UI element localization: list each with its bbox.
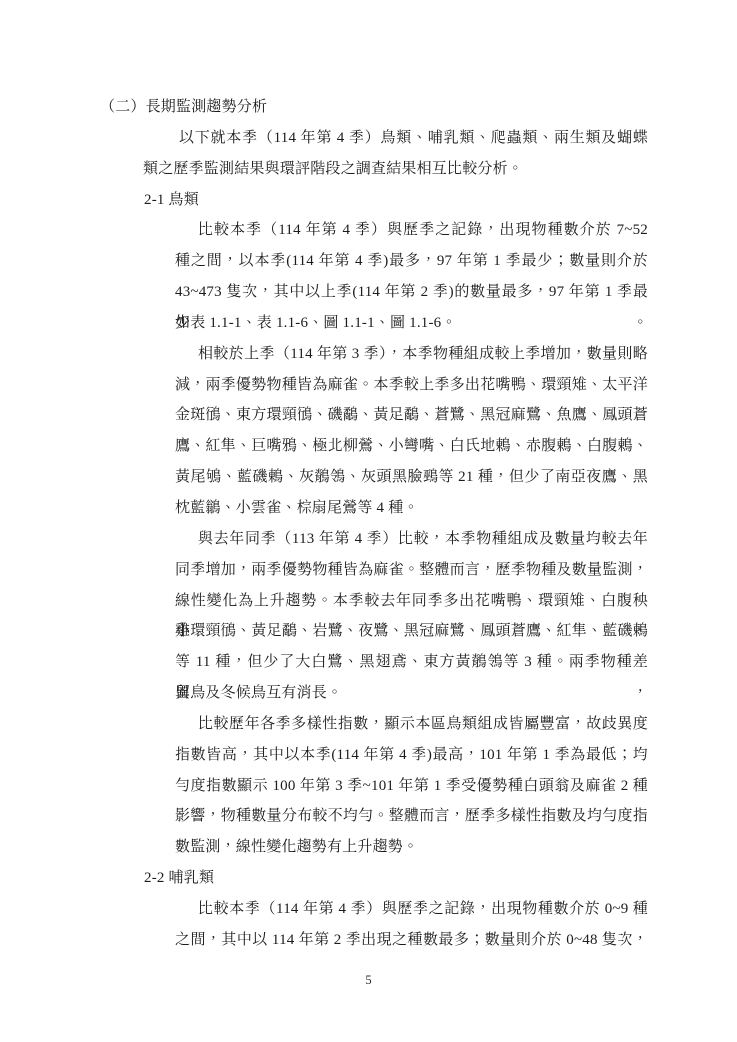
paragraph-line: 指數皆高，其中以本季(114 年第 4 季)最高，101 年第 1 季為最低；均 — [175, 740, 648, 771]
paragraph-line: 線性變化為上升趨勢。本季較去年同季多出花嘴鴨、環頸雉、白腹秧雞、 — [175, 586, 648, 617]
document-body: （二）長期監測趨勢分析 以下就本季（114 年第 4 季）鳥類、哺乳類、爬蟲類、… — [0, 92, 737, 956]
paragraph-line: 43~473 隻次，其中以上季(114 年第 2 季)的數量最多，97 年第 1… — [175, 277, 648, 308]
subsection-title-2-1: 2-1 鳥類 — [144, 185, 737, 216]
paragraph-line: 勻度指數顯示 100 年第 3 季~101 年第 1 季受優勢種白頭翁及麻雀 2… — [175, 771, 648, 802]
intro-line: 以下就本季（114 年第 4 季）鳥類、哺乳類、爬蟲類、兩生類及蝴蝶 — [179, 123, 648, 154]
paragraph-line: 相較於上季（114 年第 3 季），本季物種組成較上季增加，數量則略 — [198, 339, 648, 370]
paragraph-line: 影響，物種數量分布較不均勻。整體而言，歷季多樣性指數及均勻度指 — [175, 801, 648, 832]
page-number: 5 — [0, 970, 737, 990]
paragraph-line: 同季增加，兩季優勢物種皆為麻雀。整體而言，歷季物種及數量監測， — [175, 555, 648, 586]
paragraph-line: 減，兩季優勢物種皆為麻雀。本季較上季多出花嘴鴨、環頸雉、太平洋 — [175, 370, 648, 401]
paragraph-line: 枕藍鶲、小雲雀、棕扇尾鶯等 4 種。 — [175, 493, 648, 524]
section-heading: （二）長期監測趨勢分析 — [100, 92, 737, 123]
subsection-title-2-2: 2-2 哺乳類 — [144, 863, 737, 894]
intro-line: 類之歷季監測結果與環評階段之調查結果相互比較分析。 — [143, 154, 648, 185]
paragraph-line: 與去年同季（113 年第 4 季）比較，本季物種組成及數量均較去年 — [198, 524, 648, 555]
paragraph-line: 數監測，線性變化趨勢有上升趨勢。 — [175, 832, 648, 863]
paragraph-line: 金斑鴴、東方環頸鴴、磯鷸、黃足鷸、蒼鷺、黑冠麻鷺、魚鷹、鳳頭蒼 — [175, 400, 648, 431]
paragraph-line: 鷹、紅隼、巨嘴鴉、極北柳鶯、小彎嘴、白氏地鶇、赤腹鶇、白腹鶇、 — [175, 431, 648, 462]
paragraph-line: 比較本季（114 年第 4 季）與歷季之記錄，出現物種數介於 0~9 種 — [198, 894, 648, 925]
paragraph-line: 等 11 種，但少了大白鷺、黑翅鳶、東方黃鶺鴒等 3 種。兩季物種差異， — [175, 647, 648, 678]
paragraph-line: 種之間，以本季(114 年第 4 季)最多，97 年第 1 季最少；數量則介於 — [175, 246, 648, 277]
paragraph-line: 比較歷年各季多樣性指數，顯示本區鳥類組成皆屬豐富，故歧異度 — [198, 709, 648, 740]
paragraph-line: 黃尾鴝、藍磯鶇、灰鶺鴒、灰頭黑臉鵐等 21 種，但少了南亞夜鷹、黑 — [175, 462, 648, 493]
paragraph-line: 之間，其中以 114 年第 2 季出現之種數最多；數量則介於 0~48 隻次， — [175, 925, 648, 956]
document-page: （二）長期監測趨勢分析 以下就本季（114 年第 4 季）鳥類、哺乳類、爬蟲類、… — [0, 0, 737, 1042]
paragraph-line: 比較本季（114 年第 4 季）與歷季之記錄，出現物種數介於 7~52 — [198, 215, 648, 246]
paragraph-line: 小環頸鴴、黃足鷸、岩鷺、夜鷺、黑冠麻鷺、鳳頭蒼鷹、紅隼、藍磯鶇 — [175, 616, 648, 647]
